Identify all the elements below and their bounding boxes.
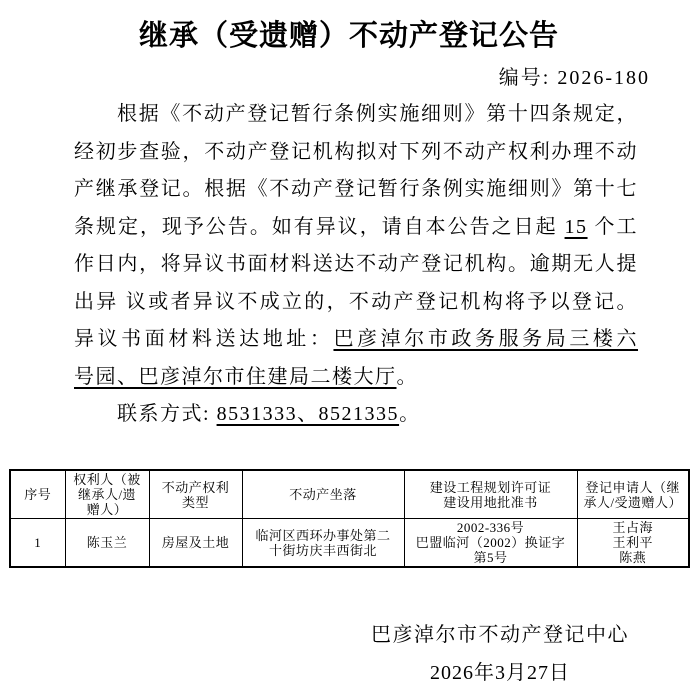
underlined-address: 巴彦淖尔市政务服务局三楼六 [333,328,638,350]
body-line: 作日内，将异议书面材料送达不动产登记机构。逾期无人提 [74,246,638,284]
body-line: 经初步查验，不动产登记机构拟对下列不动产权利办理不动 [74,134,638,172]
table-cell-index: 1 [10,519,65,568]
body-line: 联系方式: 8531333、8521335。 [74,396,638,434]
contact-label: 联系方式: [117,403,217,425]
table-header-cell: 序号 [10,470,65,519]
table-header-cell: 不动产权利 类型 [149,470,242,519]
body-line: 根据《不动产登记暂行条例实施细则》第十四条规定， [74,96,638,134]
table-header-cell: 建设工程规划许可证 建设用地批准书 [404,470,577,519]
underlined-address: 号园、巴彦淖尔市住建局二楼大厅 [74,366,397,388]
body-text-segment: 条规定，现予公告。如有异议，请自本公告之日起 [74,216,565,238]
underlined-days-count: 15 [565,216,588,238]
table-header-cell: 登记申请人（继 承人/受遗赠人） [577,470,689,519]
page-title: 继承（受遗赠）不动产登记公告 [0,13,698,54]
body-line: 产继承登记。根据《不动产登记暂行条例实施细则》第十七 [74,171,638,209]
doc-number: 编号: 2026-180 [499,61,650,90]
body-line: 出异 议或者异议不成立的，不动产登记机构将予以登记。 [74,284,638,322]
body-line: 条规定，现予公告。如有异议，请自本公告之日起 15 个工 [74,209,638,247]
issue-date: 2026年3月27日 [302,656,698,685]
body-text-segment: 个工 [588,216,638,238]
table-header-cell: 不动产坐落 [242,470,404,519]
table-cell-rightholder: 陈玉兰 [65,519,149,568]
body-text-segment: 异议书面材料送达地址： [74,328,333,350]
body-line: 异议书面材料送达地址：巴彦淖尔市政务服务局三楼六 [74,321,638,359]
body-line: 号园、巴彦淖尔市住建局二楼大厅。 [74,359,638,397]
table-header-row: 序号 权利人（被 继承人/遗 赠人） 不动产权利 类型 不动产坐落 建设工程规划… [10,470,689,519]
body-text-segment: 。 [397,366,419,388]
table-header-cell: 权利人（被 继承人/遗 赠人） [65,470,149,519]
table-row: 1 陈玉兰 房屋及土地 临河区西环办事处第二 十街坊庆丰西街北 2002-336… [10,519,689,568]
registration-table: 序号 权利人（被 继承人/遗 赠人） 不动产权利 类型 不动产坐落 建设工程规划… [9,469,690,568]
table-cell-right-type: 房屋及土地 [149,519,242,568]
table-cell-location: 临河区西环办事处第二 十街坊庆丰西街北 [242,519,404,568]
notice-document: 继承（受遗赠）不动产登记公告 编号: 2026-180 根据《不动产登记暂行条例… [0,0,698,696]
body-text-segment: 。 [399,403,421,425]
table-cell-applicants: 王占海 王利平 陈燕 [577,519,689,568]
underlined-phone-numbers: 8531333、8521335 [217,403,400,425]
issuing-org: 巴彦淖尔市不动产登记中心 [302,618,698,647]
table-cell-permit: 2002-336号 巴盟临河（2002）换证字 第5号 [404,519,577,568]
notice-body: 根据《不动产登记暂行条例实施细则》第十四条规定， 经初步查验，不动产登记机构拟对… [74,96,638,434]
